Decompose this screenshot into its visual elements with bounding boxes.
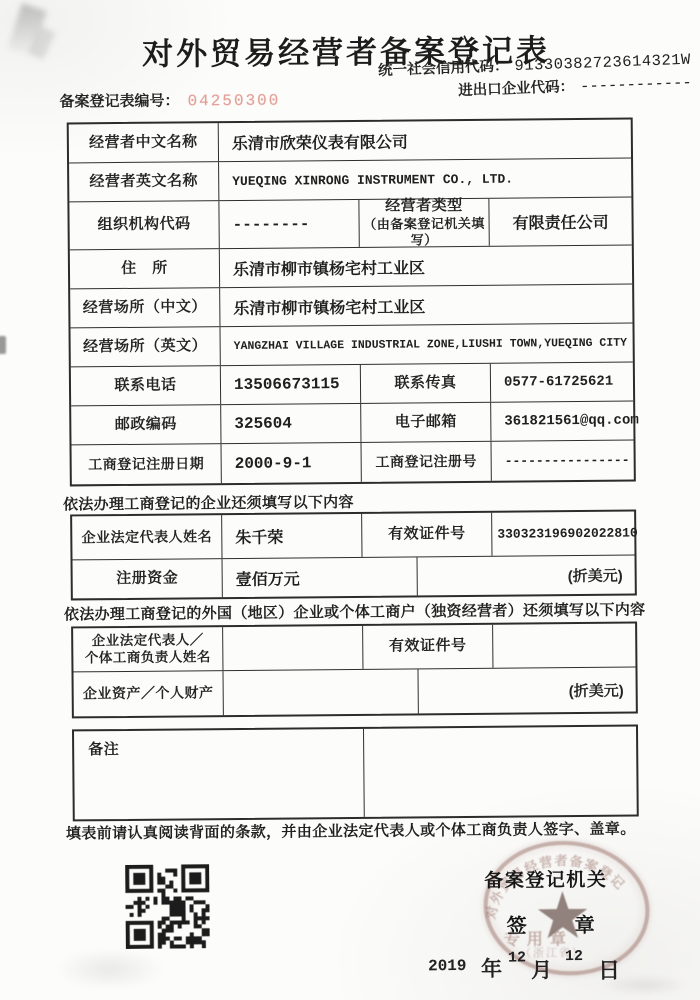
date-year: 2019 — [428, 957, 467, 975]
table-row: 备注 — [74, 727, 637, 820]
table-row: 企业法定代表人／ 个体工商负责人姓名 有效证件号 — [73, 624, 635, 673]
field-value: 朱千荣 — [222, 514, 362, 558]
field-label: 经营场所（中文） — [70, 288, 220, 327]
section2-heading: 依法办理工商登记的外国（地区）企业或个体工商户（独资经营者）还须填写以下内容 — [64, 598, 646, 624]
field-value: 361821561@qq.com — [491, 401, 639, 440]
remark-value — [364, 727, 637, 817]
field-label: 经营者类型 （由备案登记机关填写） — [359, 199, 489, 247]
table-row: 注册资金 壹佰万元 (折美元) — [73, 556, 635, 599]
table-row: 企业资产／个人财产 (折美元) — [73, 668, 635, 717]
credit-code-label: 统一社会信用代码： — [378, 54, 509, 80]
scanned-page: 对外贸易经营者备案登记表 统一社会信用代码： 91330382723614321… — [0, 0, 700, 1000]
field-label: 联系传真 — [361, 364, 491, 403]
field-label: 有效证件号 — [362, 513, 492, 557]
form-no-block: 备案登记表编号：04250300 — [59, 89, 280, 112]
field-value — [223, 669, 418, 715]
field-value — [493, 624, 635, 668]
remark-label: 备注 — [74, 729, 365, 820]
form-no-stamped-value: 04250300 — [187, 92, 280, 111]
field-label: 企业法定代表人／ 个体工商负责人姓名 — [73, 627, 223, 671]
table-row: 经营者英文名称 YUEQING XINRONG INSTRUMENT CO., … — [69, 159, 631, 203]
usd-note: (折美元) — [418, 556, 635, 596]
field-label: 工商登记注册号 — [362, 442, 492, 482]
field-value: 2000-9-1 — [222, 443, 362, 483]
field-value: 有限责任公司 — [489, 198, 631, 246]
field-value: 乐清市欣荣仪表有限公司 — [219, 120, 631, 162]
field-value: YANGZHAI VILLAGE INDUSTRIAL ZONE,LIUSHI … — [220, 324, 632, 366]
field-value: 325604 — [221, 404, 361, 443]
field-label: 联系电话 — [71, 366, 221, 405]
field-value: 0577-61725621 — [491, 363, 633, 402]
field-label: 企业资产／个人财产 — [73, 671, 223, 716]
field-label-line1: 企业法定代表人／ — [92, 632, 204, 650]
table-row: 邮政编码 325604 电子邮箱 361821561@qq.com — [71, 402, 633, 446]
section1-table: 企业法定代表人姓名 朱千荣 有效证件号 330323196902022810 注… — [70, 510, 637, 601]
field-label-line1: 经营者类型 — [385, 197, 463, 216]
section1-heading: 依法办理工商登记的企业还须填写以下内容 — [63, 491, 354, 515]
remark-table: 备注 — [72, 724, 639, 821]
table-row: 工商登记注册日期 2000-9-1 工商登记注册号 --------------… — [72, 441, 634, 485]
date-month-unit: 月 — [531, 954, 552, 984]
field-label: 住 所 — [70, 249, 220, 288]
table-row: 住 所 乐清市柳市镇杨宅村工业区 — [70, 246, 632, 290]
field-label: 工商登记注册日期 — [72, 444, 222, 484]
field-label: 注册资金 — [73, 559, 223, 598]
field-label: 电子邮箱 — [361, 403, 491, 442]
field-value: 13506673115 — [221, 365, 361, 404]
table-row: 经营者中文名称 乐清市欣荣仪表有限公司 — [69, 120, 631, 164]
form-no-label: 备案登记表编号： — [59, 92, 179, 110]
field-label: 有效证件号 — [363, 625, 493, 669]
field-value — [223, 626, 363, 670]
table-row: 经营场所（英文） YANGZHAI VILLAGE INDUSTRIAL ZON… — [70, 324, 632, 368]
field-label: 经营场所（英文） — [70, 327, 220, 366]
date-month: 12 — [508, 949, 526, 966]
field-label: 邮政编码 — [71, 405, 221, 444]
date-line: 2019 年 12 月 12 日 — [0, 0, 696, 3]
authority-label: 备案登记机关 — [484, 865, 607, 893]
date-day-unit: 日 — [598, 954, 620, 985]
field-label: 经营者英文名称 — [69, 162, 219, 201]
field-value: YUEQING XINRONG INSTRUMENT CO., LTD. — [219, 159, 631, 201]
ie-code-label: 进出口企业代码： — [458, 75, 575, 100]
field-value: 乐清市柳市镇杨宅村工业区 — [220, 285, 632, 327]
main-table: 经营者中文名称 乐清市欣荣仪表有限公司 经营者英文名称 YUEQING XINR… — [67, 118, 636, 487]
qr-code-icon — [125, 864, 210, 949]
field-label-line2: 个体工商负责人姓名 — [85, 649, 211, 667]
field-label: 企业法定代表人姓名 — [72, 515, 222, 559]
date-day: 12 — [565, 948, 583, 965]
field-value: 乐清市柳市镇杨宅村工业区 — [220, 246, 632, 288]
ie-code-value: ------------ — [580, 74, 692, 96]
usd-note: (折美元) — [418, 668, 635, 714]
field-value: ---------------- — [491, 441, 633, 481]
field-label: 经营者中文名称 — [69, 123, 219, 162]
table-row: 企业法定代表人姓名 朱千荣 有效证件号 330323196902022810 — [72, 512, 634, 561]
sign-seal-label: 签 章 — [507, 909, 609, 939]
table-row: 组织机构代码 -------- 经营者类型 （由备案登记机关填写） 有限责任公司 — [69, 198, 631, 251]
section2-table: 企业法定代表人／ 个体工商负责人姓名 有效证件号 企业资产／个人财产 (折美元) — [71, 621, 638, 718]
field-label: 组织机构代码 — [69, 201, 219, 249]
field-value: -------- — [219, 200, 359, 248]
field-label-line2: （由备案登记机关填写） — [360, 215, 489, 249]
field-value: 壹佰万元 — [223, 557, 418, 597]
table-row: 联系电话 13506673115 联系传真 0577-61725621 — [71, 363, 633, 407]
table-row: 经营场所（中文） 乐清市柳市镇杨宅村工业区 — [70, 285, 632, 329]
date-year-unit: 年 — [481, 953, 502, 983]
field-value: 330323196902022810 — [492, 511, 638, 555]
